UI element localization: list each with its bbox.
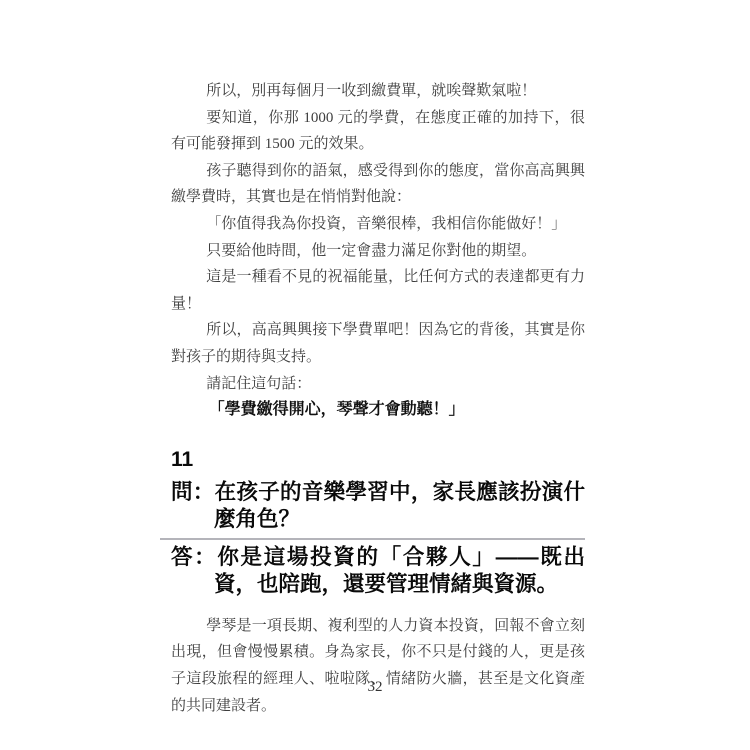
question-label: 問： — [171, 480, 215, 504]
body-paragraph: 「你值得我為你投資，音樂很棒，我相信你能做好！」 — [171, 211, 585, 238]
body-paragraph: 要知道，你那 1000 元的學費，在態度正確的加持下，很有可能發揮到 1500 … — [171, 105, 585, 158]
question-block: 問：在孩子的音樂學習中，家長應該扮演什麼角色？ — [171, 479, 585, 533]
body-paragraph: 孩子聽得到你的語氣，感受得到你的態度，當你高高興興繳學費時，其實也是在悄悄對他說… — [171, 158, 585, 211]
body-paragraph: 所以，別再每個月一收到繳費單，就唉聲歎氣啦！ — [171, 78, 585, 105]
question-text: 在孩子的音樂學習中，家長應該扮演什麼角色？ — [214, 480, 585, 531]
answer-label: 答： — [171, 545, 217, 569]
answer-paragraph: 學琴是一項長期、複利型的人力資本投資，回報不會立刻出現，但會慢慢累積。身為家長，… — [171, 613, 585, 719]
body-paragraph: 這是一種看不見的祝福能量，比任何方式的表達都更有力量！ — [171, 264, 585, 317]
question-answer-divider — [160, 538, 585, 540]
body-paragraph: 只要給他時間，他一定會盡力滿足你對他的期望。 — [171, 238, 585, 265]
body-paragraph: 所以，高高興興接下學費單吧！因為它的背後，其實是你對孩子的期待與支持。 — [171, 317, 585, 370]
answer-block: 答：你是這場投資的「合夥人」——既出資，也陪跑，還要管理情緒與資源。 — [171, 544, 585, 598]
book-page: 所以，別再每個月一收到繳費單，就唉聲歎氣啦！ 要知道，你那 1000 元的學費，… — [0, 0, 750, 750]
page-number: 32 — [0, 679, 750, 696]
body-paragraph: 請記住這句話： — [171, 371, 585, 398]
answer-text: 你是這場投資的「合夥人」——既出資，也陪跑，還要管理情緒與資源。 — [214, 545, 585, 596]
section-number: 11 — [171, 447, 585, 473]
highlight-quote: 「學費繳得開心，琴聲才會動聽！」 — [171, 397, 585, 424]
content-area: 所以，別再每個月一收到繳費單，就唉聲歎氣啦！ 要知道，你那 1000 元的學費，… — [171, 78, 585, 719]
